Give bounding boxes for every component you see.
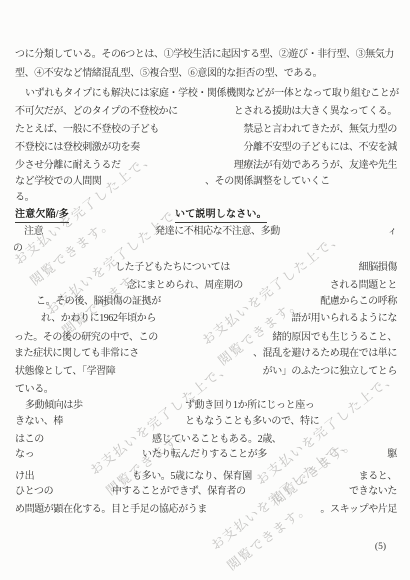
text-line: 不登校には登校刺激が功を奏分離不安型の子どもには、不安を減 (0, 141, 410, 155)
text-fragment: 少させ分離に耐えうるだ (15, 159, 121, 172)
text-fragment: も多い。5歳になり、保育園 (132, 470, 252, 483)
text-fragment: いたり転んだりすることが多 (142, 448, 267, 461)
text-fragment: 多動傾向は歩 (25, 399, 83, 412)
text-line: め問題が顕在化する。目と手足の協応がうま。スキップや片足 (0, 503, 410, 517)
text-line: れ、かわりに1962年頃から語が用いられるようにな (0, 312, 410, 326)
text-fragment: がい」のふたつに独立してとら (263, 365, 397, 378)
text-fragment: また症状に関しても非常にさ (14, 347, 139, 360)
text-line: 少させ分離に耐えうるだ理療法が有効であろうが、友達や先生 (0, 159, 410, 173)
text-line: 念にまとめられ、周産期のされる問題とと (0, 279, 410, 293)
text-fragment: 不登校には登校刺激が功を奏 (15, 141, 140, 154)
text-line: け出も多い。5歳になり、保育園まると、 (0, 470, 410, 484)
text-fragment: 、その関係調整をしていくこ (205, 175, 330, 188)
text-fragment: 禁忌と言われてきたが、無気力型の (243, 123, 397, 136)
text-fragment: 不可欠だが、どのタイプの不登校かに (15, 105, 178, 118)
text-fragment: れ、かわりに1962年頃から (41, 312, 156, 325)
text-fragment: まると、 (359, 470, 397, 483)
text-line: ている。 (0, 383, 410, 397)
text-fragment: される問題とと (330, 279, 397, 292)
text-fragment: できないた (349, 485, 397, 498)
text-line: 状態像として、「学習障がい」のふたつに独立してとら (0, 365, 410, 379)
text-fragment: 緒的原因でも生じうること、 (272, 331, 397, 344)
text-fragment: け出 (15, 470, 34, 483)
text-line: など学校での人間関、その関係調整をしていくこ (0, 175, 410, 189)
text-fragment: 注意 (24, 225, 43, 238)
text-line: 注意欠陥/多いて説明しなさい。 (0, 208, 410, 222)
text-line: の (0, 242, 410, 256)
text-line: また症状に関しても非常にさ、混乱を避けるため現在では単に (0, 347, 410, 361)
text-fragment: の (13, 242, 23, 255)
text-fragment: め問題が顕在化する。目と手足の協応がうま (15, 503, 207, 516)
text-fragment: とされる援助は大きく異なってくる。 (234, 105, 397, 118)
heading-fragment: 注意欠陥/多 (15, 208, 69, 223)
text-fragment: 配慮からこの呼称 (320, 295, 397, 308)
text-line: はこの感じていることもある。2歳、 (0, 433, 410, 447)
text-fragment: ひとつの (15, 485, 53, 498)
text-fragment: した子どもたちについては (115, 261, 230, 274)
text-fragment: つに分類している。その6つとは、①学校生活に起因する型、②遊び・非行型、③無気力 (15, 48, 394, 61)
text-fragment: 型、④不安など情緒混乱型、⑤複合型、⑥意図的な拒否の型、である。 (15, 67, 322, 80)
text-line: 多動傾向は歩ず動き回り1か所にじっと座っ (0, 399, 410, 413)
page-number: (5) (375, 542, 386, 552)
text-fragment: 。スキップや片足 (320, 503, 397, 516)
text-fragment: こ。その後、脳損傷の証拠が (36, 295, 161, 308)
text-fragment: きない、棒 (15, 415, 63, 428)
text-line: る。 (0, 191, 410, 205)
text-line: った。その後の研究の中で、この緒的原因でも生じうること、 (0, 331, 410, 345)
text-line: こ。その後、脳損傷の証拠が配慮からこの呼称 (0, 295, 410, 309)
text-fragment: 念にまとめられ、周産期の (127, 279, 243, 292)
text-fragment: など学校での人間関 (15, 175, 101, 188)
text-fragment: ている。 (15, 383, 53, 396)
text-fragment: はこの (15, 433, 44, 446)
text-line: たとえば、一般に不登校の子ども禁忌と言われてきたが、無気力型の (0, 123, 410, 137)
text-fragment: 状態像として、「学習障 (15, 365, 115, 378)
text-fragment: 駆 (387, 448, 397, 461)
text-line: 注意発達に不相応な不注意、多動ィ (0, 225, 410, 239)
text-line: ひとつの中することができず、保育者のできないた (0, 485, 410, 499)
text-fragment: った。その後の研究の中で、この (14, 331, 158, 344)
text-fragment: ず動き回り1か所にじっと座っ (185, 399, 314, 412)
document-text-layer: つに分類している。その6つとは、①学校生活に起因する型、②遊び・非行型、③無気力… (0, 0, 410, 580)
text-fragment: 感じていることもある。2歳、 (152, 433, 281, 446)
text-fragment: 理療法が有効であろうが、友達や先生 (234, 159, 397, 172)
text-fragment: 細脳損傷 (359, 261, 397, 274)
text-fragment: ともなうことも多いので、特に (185, 415, 319, 428)
heading-fragment: いて説明しなさい。 (175, 208, 267, 223)
text-line: 不可欠だが、どのタイプの不登校かにとされる援助は大きく異なってくる。 (0, 105, 410, 119)
text-line: いずれもタイプにも解決には家庭・学校・関係機関などが一体となって取り組むことが (0, 87, 410, 101)
text-fragment: 、混乱を避けるため現在では単に (253, 347, 397, 360)
text-line: 型、④不安など情緒混乱型、⑤複合型、⑥意図的な拒否の型、である。 (0, 67, 410, 81)
text-fragment: 語が用いられるようにな (291, 312, 397, 325)
scanned-document-page: お支払いを完了した上で、閲覧できます。お支払いを完了した上で、閲覧できます。お支… (0, 0, 410, 580)
text-line: つに分類している。その6つとは、①学校生活に起因する型、②遊び・非行型、③無気力 (0, 48, 410, 62)
text-fragment: なっ (15, 448, 34, 461)
text-fragment: たとえば、一般に不登校の子ども (15, 123, 159, 136)
text-fragment: 分離不安型の子どもには、不安を減 (243, 141, 397, 154)
text-line: した子どもたちについては細脳損傷 (0, 261, 410, 275)
text-fragment: る。 (15, 191, 34, 204)
text-line: きない、棒ともなうことも多いので、特に (0, 415, 410, 429)
text-fragment: いずれもタイプにも解決には家庭・学校・関係機関などが一体となって取り組むことが (25, 87, 399, 100)
text-fragment: 中することができず、保育者の (112, 485, 246, 498)
text-fragment: 発達に不相応な不注意、多動 (155, 225, 280, 238)
text-fragment: ィ (387, 225, 397, 238)
text-line: なっいたり転んだりすることが多駆 (0, 448, 410, 462)
